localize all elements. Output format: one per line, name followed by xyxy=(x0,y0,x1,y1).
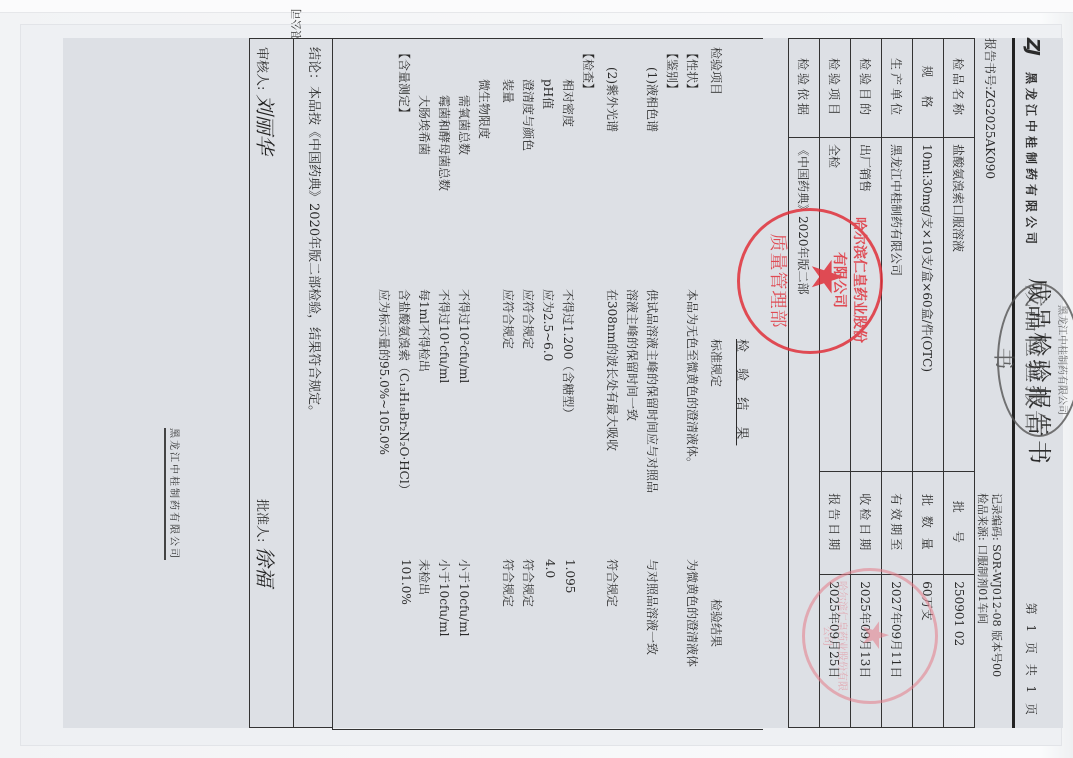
result-item: 【检查】 xyxy=(580,47,597,95)
approver: 批准人: 徐福 xyxy=(252,499,281,587)
result-value: 1.095 xyxy=(563,559,577,593)
result-value: 为微黄色的澄清液体 xyxy=(684,559,701,667)
signature-row: 审核人: 刘丽华 批准人: 徐福 xyxy=(249,38,293,728)
basis-label: 检验依据 xyxy=(789,39,820,138)
sample-source: 检品来源: 口服制剂01车间 xyxy=(975,493,991,624)
result-standard: 应符合规定 xyxy=(500,289,517,349)
result-item: 【鉴别】 xyxy=(664,47,681,95)
company-name: 黑龙江中桂制药有限公司 xyxy=(1023,72,1040,248)
result-item: 【性状】 xyxy=(684,47,701,95)
result-standard: 含盐酸氨溴索（C₁₃H₁₈Br₂N₂O·HCl） xyxy=(396,289,413,496)
company-logo: ZJ xyxy=(1022,38,1043,54)
result-standard: 溶液主峰的保留时间一致 xyxy=(624,289,641,421)
receipt-stamp: ★ 哈尔滨仁皇药业股份有限公司 xyxy=(802,568,938,704)
result-item: 微生物限度 xyxy=(476,79,493,139)
page-number: 第 1 页 共 1 页 xyxy=(1023,603,1040,718)
result-item: 【含量测定】 xyxy=(396,47,413,119)
receipt-stamp-text: 哈尔滨仁皇药业股份有限公司 xyxy=(821,581,851,691)
result-standard: 供试品溶液主峰的保留时间应与对照品 xyxy=(644,289,661,493)
result-value: 符合规定 xyxy=(520,559,537,607)
report-seal: 黑龙江中桂制药有限公司 成品检验报告书 xyxy=(997,283,1073,437)
star-icon: ★ xyxy=(854,619,895,651)
result-item: 澄清度与颜色 xyxy=(520,79,537,151)
qa-stamp-dept: 质量管理部 xyxy=(766,225,792,337)
result-item: 霉菌和酵母菌总数 xyxy=(436,95,453,191)
result-standard: 本品为无色至微黄色的澄清液体。 xyxy=(684,289,701,469)
result-item: 需氧菌总数 xyxy=(456,95,473,155)
result-item: 装量 xyxy=(500,79,517,103)
inspection-report: ZJ 黑龙江中桂制药有限公司 成品检验报告书 第 1 页 共 1 页 黑龙江中桂… xyxy=(63,38,1063,728)
manufacturer-label: 生产单位 xyxy=(882,39,913,138)
result-standard: 应符合规定 xyxy=(520,289,537,349)
auditor-signature: 刘丽华 xyxy=(253,95,277,155)
footer-company: 黑龙江中桂制药有限公司 xyxy=(164,428,183,560)
receive-date-label: 收检日期 xyxy=(851,472,882,575)
star-icon: ★ xyxy=(804,257,848,296)
seal-ring-text: 黑龙江中桂制药有限公司 xyxy=(1056,295,1071,425)
result-item: pH值 xyxy=(540,79,557,109)
auditor-label: 审核人: xyxy=(254,47,269,90)
result-item: 大肠埃希菌 xyxy=(416,95,433,155)
items-label: 检验项目 xyxy=(820,39,851,138)
spec-value: 10ml:30mg/支×10支/盒×60盒/件(OTC) xyxy=(913,138,944,472)
result-standard: 不得过10¹cfu/ml xyxy=(436,289,453,383)
seal-title: 成品检验报告书 xyxy=(989,285,1051,435)
result-item: (2)紫外光谱 xyxy=(604,67,621,132)
manufacturer-value: 黑龙江中桂制药有限公司 xyxy=(882,138,913,472)
report-date-label: 报告日期 xyxy=(820,472,851,575)
quantity-label: 批 数 量 xyxy=(913,472,944,575)
result-standard: 不得过1.200（含糖型） xyxy=(560,289,577,419)
result-standard: 应为标示量的95.0%~105.0% xyxy=(376,289,393,455)
conclusion: 结论：本品按《中国药典》2020年版二部检验，结果符合规定。 xyxy=(293,38,333,728)
result-value: 101.0% xyxy=(399,559,413,605)
approver-signature: 徐福 xyxy=(253,547,277,587)
report-number: 报告书号:ZG2025AK090 xyxy=(982,38,999,179)
product-name-label: 检品名称 xyxy=(944,39,975,138)
result-standard: 应为2.5~6.0 xyxy=(540,289,557,361)
result-value: 4.0 xyxy=(543,559,557,578)
col-item: 检验项目 xyxy=(708,47,725,95)
scanner-strip xyxy=(0,0,1073,13)
result-value: 小于10cfu/ml xyxy=(456,559,473,636)
result-value: 与对照品溶液一致 xyxy=(644,559,661,655)
result-standard: 不得过10²cfu/ml xyxy=(456,289,473,383)
table-row: 检品名称 盐酸氨溴索口服溶液 批 号 250901 02 xyxy=(944,39,975,728)
result-standard: 在308nm的波长处有最大吸收 xyxy=(604,289,621,451)
auditor: 审核人: 刘丽华 xyxy=(252,47,281,155)
result-item: (1)液相色谱 xyxy=(644,67,661,132)
result-value: 符合规定 xyxy=(604,559,621,607)
result-value: 未检出 xyxy=(416,559,433,595)
col-standard: 标准规定 xyxy=(708,339,725,387)
batch-label: 批 号 xyxy=(944,472,975,575)
result-standard: 每1ml不得检出 xyxy=(416,289,433,372)
expiry-label: 有效期至 xyxy=(882,472,913,575)
batch-number: 250901 02 xyxy=(944,575,975,728)
qa-department-stamp: 哈尔滨仁皇药业股份有限公司 ★ 质量管理部 xyxy=(737,208,883,354)
purpose-label: 检验目的 xyxy=(851,39,882,138)
col-result: 检验结果 xyxy=(708,599,725,647)
result-value: 符合规定 xyxy=(500,559,517,607)
results-section: 检 验 结 果 检验项目 标准规定 检验结果 【性状】本品为无色至微黄色的澄清液… xyxy=(332,38,763,730)
spec-label: 规 格 xyxy=(913,39,944,138)
results-title: 检 验 结 果 xyxy=(734,339,753,445)
record-code: 记录编码: SOR-WJ012-08 版本号00 xyxy=(989,493,1005,677)
result-value: 小于10cfu/ml xyxy=(436,559,453,636)
product-name: 盐酸氨溴索口服溶液 xyxy=(944,138,975,472)
result-item: 相对密度 xyxy=(560,79,577,127)
approver-label: 批准人: xyxy=(254,499,269,542)
